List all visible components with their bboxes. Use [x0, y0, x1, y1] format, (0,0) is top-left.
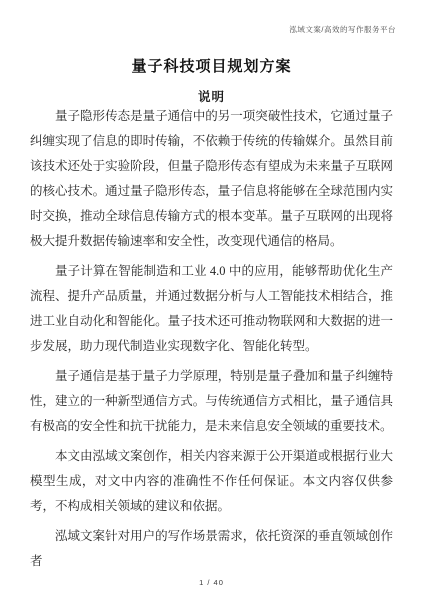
document-page: 泓域文案/高效的写作服务平台 量子科技项目规划方案 说明 量子隐形传态是量子通信… — [0, 0, 423, 600]
page-number: 1 / 40 — [0, 578, 423, 587]
document-title: 量子科技项目规划方案 — [0, 55, 423, 76]
body-paragraph: 量子通信是基于量子力学原理，特别是量子叠加和量子纠缠特性，建立的一种新型通信方式… — [30, 364, 393, 439]
document-body: 量子隐形传态是量子通信中的另一项突破性技术，它通过量子纠缠实现了信息的即时传输，… — [30, 104, 393, 579]
body-paragraph: 量子计算在智能制造和工业 4.0 中的应用，能够帮助优化生产流程、提升产品质量，… — [30, 259, 393, 359]
body-paragraph: 本文由泓域文案创作，相关内容来源于公开渠道或根据行业大模型生成，对文中内容的准确… — [30, 444, 393, 519]
section-heading: 说明 — [0, 87, 423, 105]
watermark-header: 泓域文案/高效的写作服务平台 — [289, 24, 396, 35]
body-paragraph: 量子隐形传态是量子通信中的另一项突破性技术，它通过量子纠缠实现了信息的即时传输，… — [30, 104, 393, 254]
body-paragraph: 泓域文案针对用户的写作场景需求，依托资深的垂直领域创作者 — [30, 524, 393, 574]
